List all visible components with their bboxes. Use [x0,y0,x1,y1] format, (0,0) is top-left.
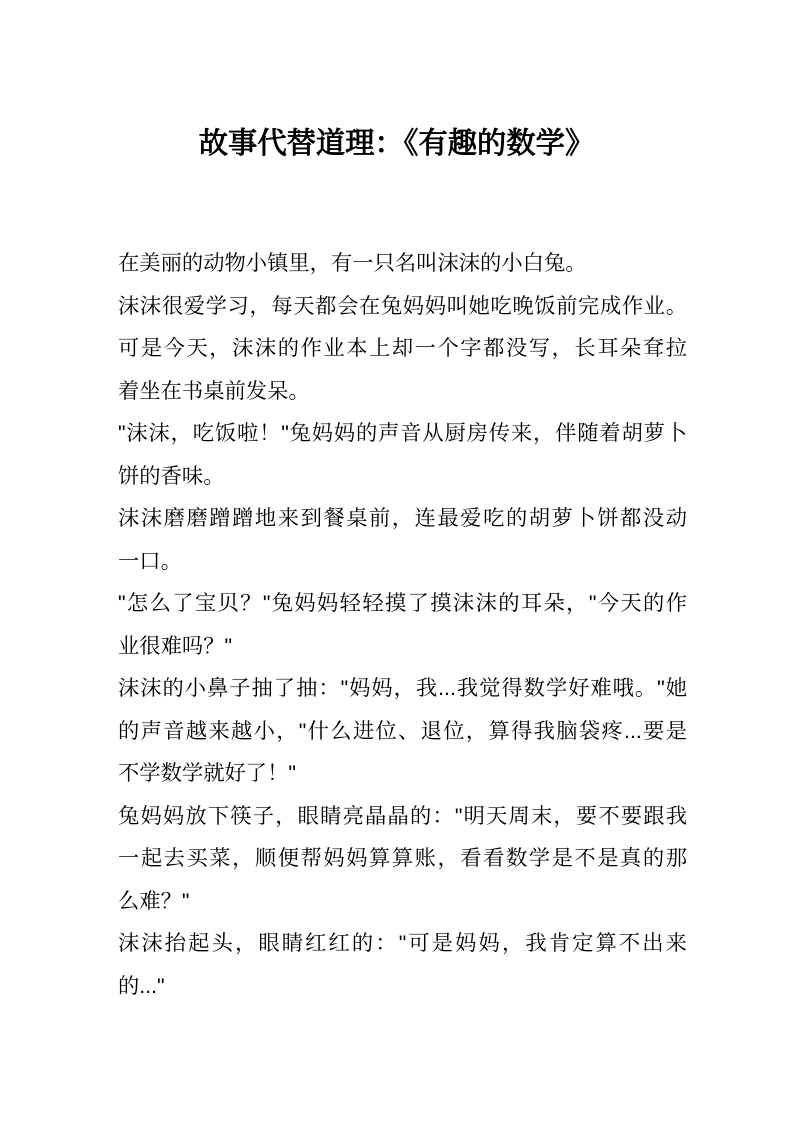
story-body: 在美丽的动物小镇里，有一只名叫沫沫的小白兔。沫沫很爱学习，每天都会在兔妈妈叫她吃… [118,242,687,1007]
story-line: 可是今天，沫沫的作业本上却一个字都没写，长耳朵耷拉 [118,327,687,370]
story-paragraph: 兔妈妈放下筷子，眼睛亮晶晶的："明天周末，要不要跟我一起去买菜，顺便帮妈妈算算账… [118,795,687,923]
story-paragraph: "怎么了宝贝？"兔妈妈轻轻摸了摸沫沫的耳朵，"今天的作业很难吗？" [118,582,687,667]
story-line: "怎么了宝贝？"兔妈妈轻轻摸了摸沫沫的耳朵，"今天的作 [118,582,687,625]
story-line: 一口。 [118,540,687,583]
story-line: 的..." [118,965,687,1008]
story-line: "沫沫，吃饭啦！"兔妈妈的声音从厨房传来，伴随着胡萝卜 [118,412,687,455]
story-line: 一起去买菜，顺便帮妈妈算算账，看看数学是不是真的那 [118,837,687,880]
story-line: 在美丽的动物小镇里，有一只名叫沫沫的小白兔。 [118,242,687,285]
story-line: 兔妈妈放下筷子，眼睛亮晶晶的："明天周末，要不要跟我 [118,795,687,838]
story-line: 不学数学就好了！" [118,752,687,795]
story-paragraph: 沫沫很爱学习，每天都会在兔妈妈叫她吃晚饭前完成作业。可是今天，沫沫的作业本上却一… [118,285,687,413]
story-line: 饼的香味。 [118,455,687,498]
story-line: 沫沫的小鼻子抽了抽："妈妈，我...我觉得数学好难哦。"她 [118,667,687,710]
story-paragraph: 沫沫抬起头，眼睛红红的："可是妈妈，我肯定算不出来的..." [118,922,687,1007]
story-paragraph: 沫沫磨磨蹭蹭地来到餐桌前，连最爱吃的胡萝卜饼都没动一口。 [118,497,687,582]
story-paragraph: 在美丽的动物小镇里，有一只名叫沫沫的小白兔。 [118,242,687,285]
story-line: 业很难吗？" [118,625,687,668]
story-paragraph: "沫沫，吃饭啦！"兔妈妈的声音从厨房传来，伴随着胡萝卜饼的香味。 [118,412,687,497]
document-title: 故事代替道理：《有趣的数学》 [0,122,793,166]
story-line: 沫沫很爱学习，每天都会在兔妈妈叫她吃晚饭前完成作业。 [118,285,687,328]
story-line: 着坐在书桌前发呆。 [118,370,687,413]
story-line: 的声音越来越小，"什么进位、退位，算得我脑袋疼...要是 [118,710,687,753]
story-line: 沫沫抬起头，眼睛红红的："可是妈妈，我肯定算不出来 [118,922,687,965]
story-paragraph: 沫沫的小鼻子抽了抽："妈妈，我...我觉得数学好难哦。"她的声音越来越小，"什么… [118,667,687,795]
document-page: 故事代替道理：《有趣的数学》 在美丽的动物小镇里，有一只名叫沫沫的小白兔。沫沫很… [0,0,793,1122]
story-line: 么难？" [118,880,687,923]
story-line: 沫沫磨磨蹭蹭地来到餐桌前，连最爱吃的胡萝卜饼都没动 [118,497,687,540]
